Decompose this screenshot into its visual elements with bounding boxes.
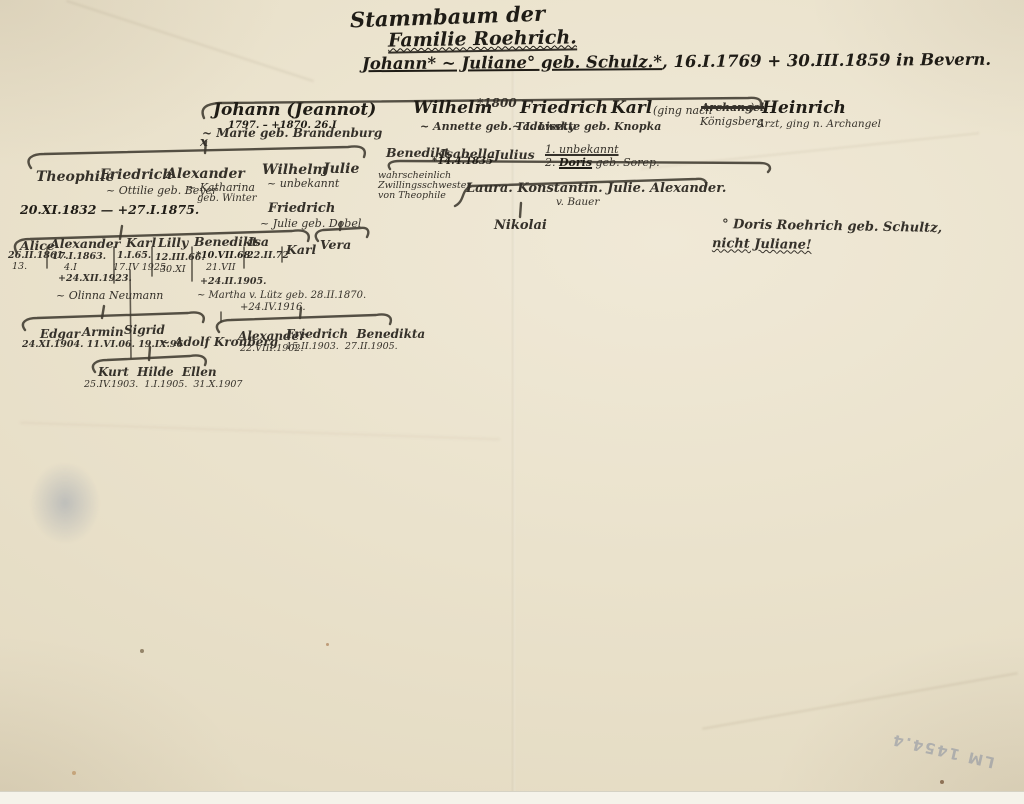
crease-diagonal-topleft (66, 0, 314, 82)
konstantin-nikolai-line (520, 203, 521, 217)
person-sigrid: Sigrid (124, 324, 165, 337)
alexander-gen3-date3: +24.XII.1923. (58, 274, 132, 284)
karl-note-koenigsberg: Königsberg (700, 116, 764, 128)
benedikt-gen3-date3: +24.II.1905. (200, 277, 266, 287)
person-alexander-gen3: Alexander (50, 237, 120, 250)
alexander-gen2-spouse-line1: ~ Katharina (187, 182, 255, 194)
wilhelm-gen2-spouse: ~ unbekannt (267, 178, 339, 190)
marriage-2-suffix: geb. Sorep. (592, 156, 660, 169)
paper-speck (140, 649, 144, 653)
root-couple-dates: , 16.I.1769 + 30.III.1859 in Bevern. (662, 50, 991, 71)
karl-note-close: ) (750, 102, 754, 114)
fold-crease-vertical (512, 70, 515, 802)
person-isa: Isa (248, 235, 269, 248)
julius-children-row: Laura. Konstantin. Julie. Alexander. (466, 182, 726, 196)
person-nikolai: Nikolai (494, 219, 547, 233)
theophile-dates: 20.XI.1832 — +27.I.1875. (20, 203, 199, 216)
alexander-gen3-spouse: ~ Olinna Neumann (56, 290, 163, 302)
blue-ink-smudge (30, 462, 100, 544)
kurt-hilde-ellen-dates: 25.IV.1903. 1.I.1905. 31.X.1907 (84, 380, 242, 390)
alexander-gen3-date1: 17.I.1863. (52, 252, 106, 262)
crease-horizontal-mid (20, 422, 500, 441)
alexander-gen3-date2: 4.I (64, 263, 77, 273)
person-friedrich-gen2: Friedrich (100, 168, 172, 183)
gen4a-dates-row: 24.XI.1904. 11.VI.06. 19.IX.96 (22, 340, 183, 350)
paper-speck (326, 643, 329, 646)
paper-speck (940, 780, 944, 784)
persons-friedrich-benedikta: Friedrich Benedikta (286, 328, 425, 341)
alexander-gen2-spouse-line2: geb. Winter (197, 194, 257, 205)
person-julie-gen2: Julie (323, 162, 359, 177)
friedrich-gen1-spouse: ~ I. Lisette geb. Knopka (512, 121, 661, 133)
person-vera: Vera (320, 238, 351, 251)
person-wilhelm-gen2: Wilhelm (262, 163, 327, 178)
marriage-2-doris: Doris (559, 156, 592, 169)
karl-gen3-date1: 1.I.65. (117, 251, 151, 261)
person-karl-gen3: Karl (126, 236, 156, 249)
person-julius: Julius (494, 148, 535, 161)
person-karl-gen1: Karl (611, 100, 652, 118)
benedikt-gen3-spouse-line2: +24.IV.1916. (240, 303, 306, 314)
gen4a-tick (102, 306, 104, 318)
johann-spouse: ~ Marie geb. Brandenburg (202, 127, 382, 140)
benedikt-gen3-date2: 21.VII (206, 263, 235, 273)
wilhelm-birth-year: *1800 (477, 97, 517, 110)
alice-date2: 13. (12, 262, 27, 272)
archive-pencil-number: LM 1454.4 (889, 730, 996, 771)
benedikt-gen3-spouse-line1: ~ Martha v. Lütz geb. 28.II.1870. (197, 291, 366, 302)
friedrich-benedikta-dates: 15.II.1903. 27.II.1905. (286, 342, 398, 352)
person-johann-jeannot: Johann (Jeannot) (213, 102, 376, 120)
twin-note-line3: von Theophile (378, 191, 446, 201)
julius-marriage-2: 2. Doris geb. Sorep. (545, 157, 660, 169)
karl-crossed-out-archangel: Archangel (701, 102, 764, 114)
heinrich-note: Arzt, ging n. Archangel (757, 119, 881, 130)
document-title-line2: Familie Roehrich. (388, 28, 577, 53)
side-note-line1: ° Doris Roehrich geb. Schultz, (722, 218, 942, 235)
scan-edge-strip (0, 791, 1024, 804)
johann-cross-mark: x (200, 136, 208, 150)
side-note-line2: nicht Juliane! (712, 237, 812, 252)
julie-spouse-vbauer: v. Bauer (556, 197, 599, 208)
crease-bottomright (702, 672, 1017, 730)
marriage-2-prefix: 2. (545, 156, 559, 169)
root-couple-names: Johann* ~ Juliane° geb. Schulz.* (362, 52, 662, 73)
julius-marriage-1: 1. unbekannt (545, 144, 619, 156)
person-friedrich-gen1: Friedrich (520, 100, 608, 118)
lilly-date2: 30.XI (160, 265, 186, 275)
persons-kurt-hilde-ellen: Kurt Hilde Ellen (98, 366, 217, 379)
person-heinrich: Heinrich (762, 100, 846, 118)
isa-date1: 22.II.72 (247, 251, 289, 261)
isabella-birth-date: *14.4.1835 (432, 157, 493, 168)
person-karl-dobel-son: Karl (286, 243, 316, 256)
person-armin: Armin (82, 326, 124, 339)
person-alexander-gen2: Alexander (166, 167, 245, 182)
scanned-family-tree-document: Stammbaum der Familie Roehrich. Johann* … (0, 0, 1024, 804)
paper-speck (72, 771, 76, 775)
person-lilly: Lilly (158, 236, 188, 249)
root-couple-line: Johann* ~ Juliane° geb. Schulz.*, 16.I.1… (362, 51, 991, 73)
crease-diagonal-right (641, 132, 979, 170)
friedrich-dobel-spouse: ~ Julie geb. Dobel (260, 218, 361, 230)
benedikt-gen3-date1: *10.VII.68 (196, 251, 250, 261)
person-friedrich-dobel-husband: Friedrich (268, 202, 335, 216)
